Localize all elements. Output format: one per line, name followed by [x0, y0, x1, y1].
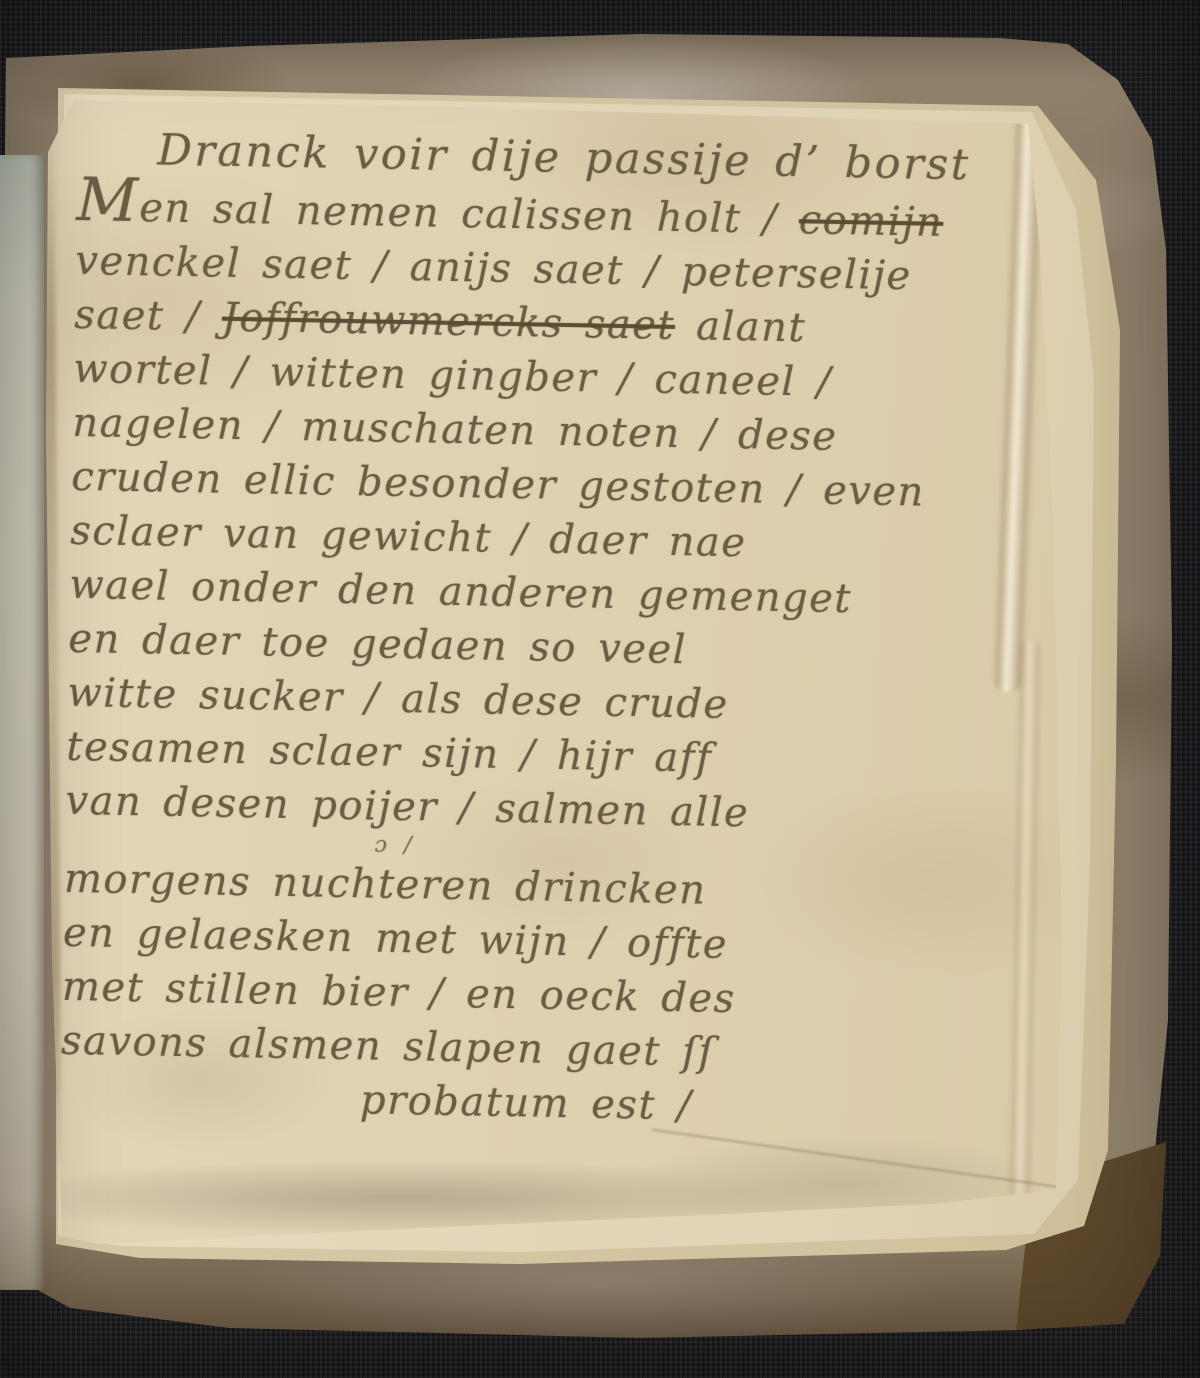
handwritten-text: en daer toe gedaen so veel — [68, 616, 687, 673]
handwritten-text: saet / — [74, 292, 222, 341]
handwritten-text: alant — [675, 303, 807, 351]
handwritten-text: probatum est / — [360, 1077, 693, 1129]
manuscript-text: Dranck voir dije passije d’ borstMen sal… — [60, 118, 1038, 1139]
handwritten-text: M — [76, 165, 140, 236]
manuscript-photo: Dranck voir dije passije d’ borstMen sal… — [0, 0, 1200, 1378]
handwritten-text: en sal nemen calissen holt / — [139, 185, 799, 243]
handwritten-text: sclaer van gewicht / daer nae — [70, 508, 747, 566]
handwritten-text: morgens nuchteren drincken — [64, 856, 707, 914]
handwritten-text: en gelaesken met wijn / offte — [63, 910, 729, 968]
manuscript-line: probatum est / — [360, 1073, 1021, 1139]
handwritten-text: savons alsmen slapen gaet ſſ — [61, 1018, 715, 1076]
handwritten-text: witte sucker / als dese crude — [67, 670, 729, 728]
handwritten-text: ɔ / — [374, 833, 413, 859]
flyleaf-fore-edge — [0, 155, 44, 1290]
handwritten-text: van desen poijer / salmen alle — [65, 778, 750, 837]
handwritten-text: nagelen / muschaten noten / dese — [72, 400, 838, 460]
struck-out-text: comijn — [798, 197, 943, 246]
manuscript-page: Dranck voir dije passije d’ borstMen sal… — [0, 0, 1200, 1378]
handwritten-text: tesamen sclaer sijn / hijr aff — [66, 724, 713, 782]
handwritten-text: Dranck voir dije passije d’ borst — [157, 125, 971, 190]
struck-out-text: Joffrouwmercks saet — [221, 295, 675, 349]
handwritten-text: wortel / witten gingber / caneel / — [73, 346, 832, 406]
handwritten-text: met stillen bier / en oeck des — [62, 964, 736, 1022]
